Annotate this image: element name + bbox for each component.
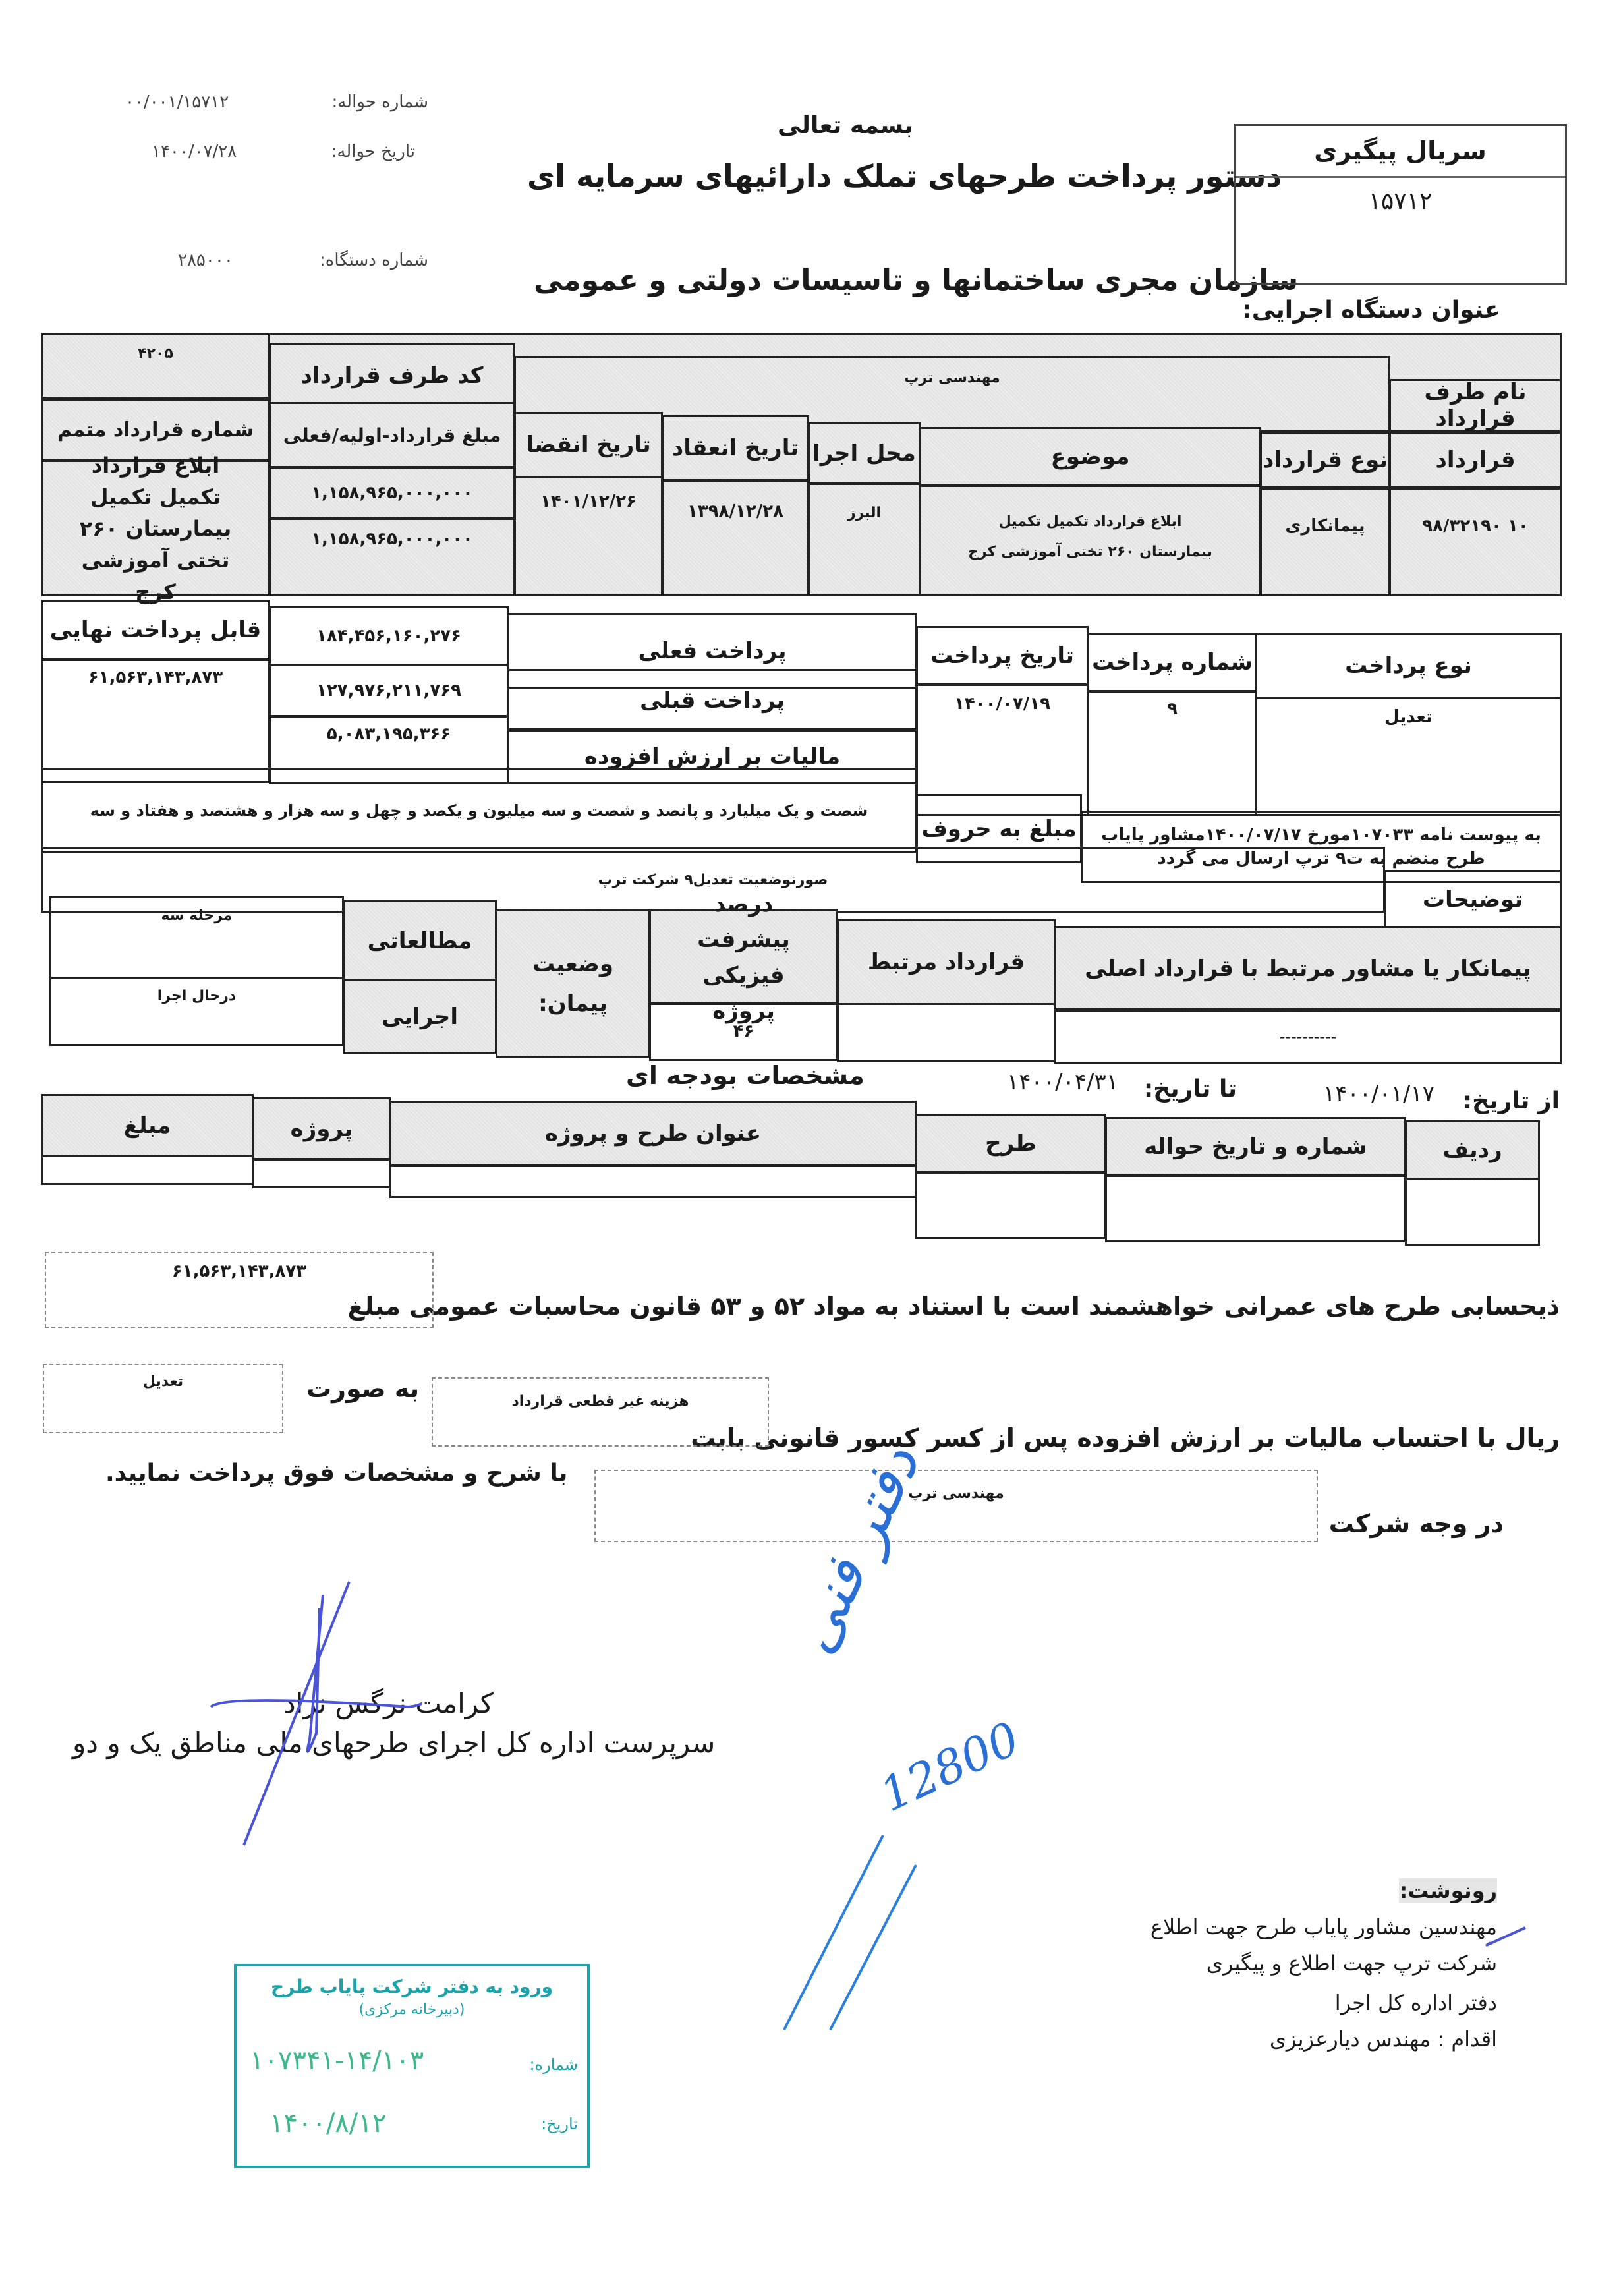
party-name-label: نام طرف قرارداد xyxy=(1389,379,1562,432)
closing-line: با شرح و مشخصات فوق پرداخت نمایید. xyxy=(105,1460,567,1487)
stamp-date-label: تاریخ: xyxy=(541,2115,578,2133)
cc-line-2: شرکت ترپ جهت اطلاع و پیگیری xyxy=(1207,1951,1497,1976)
contract-expiry-date: ۱۴۰۱/۱۲/۲۶ xyxy=(514,476,663,596)
budget-cell-plan xyxy=(915,1172,1106,1239)
reason-box: هزینه غیر قطعی قرارداد xyxy=(432,1377,769,1447)
executive-body-label: عنوان دستگاه اجرایی: xyxy=(1242,297,1500,324)
amount-in-words-value: شصت و یک میلیارد و پانصد و شصت و سه میلی… xyxy=(41,768,917,853)
handwritten-strokes-icon xyxy=(771,1832,1048,2036)
execution-phase-label: اجرایی xyxy=(343,979,497,1054)
cc-line-3: دفتر اداره کل اجرا xyxy=(1335,1990,1497,2015)
payment-number-value: ۹ xyxy=(1087,691,1257,816)
progress-value: ۴۶ xyxy=(649,1002,838,1061)
col-location: محل اجرا xyxy=(808,422,921,484)
meta-device-no: شماره دستگاه: ۲۸۵۰۰۰ xyxy=(178,250,428,283)
reason-box-value: هزینه غیر قطعی قرارداد xyxy=(433,1379,768,1410)
body-line-2: ریال با احتساب مالیات بر ارزش افزوده پس … xyxy=(691,1423,1560,1452)
stamp-date-value: ۱۴۰۰/۸/۱۲ xyxy=(270,2108,386,2138)
col-signed-date: تاریخ انعقاد xyxy=(662,415,809,481)
as-label: به صورت xyxy=(306,1374,419,1403)
meta-invoice-date: تاریخ حواله: ۱۴۰۰/۰۷/۲۸ xyxy=(125,142,415,175)
budget-table: ردیف شماره و تاریخ حواله طرح عنوان طرح و… xyxy=(41,1094,1540,1246)
handwritten-number: 12800 xyxy=(872,1711,1027,1822)
stamp-line-1: ورود به دفتر شرکت پایاب طرح xyxy=(237,1976,587,1997)
contract-signed-date: ۱۳۹۸/۱۲/۲۸ xyxy=(662,480,809,596)
execution-phase-value: درحال اجرا xyxy=(49,977,344,1046)
cc-label: رونوشت: xyxy=(1399,1878,1497,1903)
related-contract-value xyxy=(837,1003,1056,1062)
meta-label: شماره دستگاه: xyxy=(320,250,428,270)
budget-cell-project xyxy=(252,1159,391,1188)
col-subject: موضوع xyxy=(919,427,1261,486)
contract-no: ۱۰ ۹۸/۳۲۱۹۰ xyxy=(1389,488,1562,596)
related-contract-label: قرارداد مرتبط xyxy=(837,919,1056,1005)
related-contractor-label: پیمانکار یا مشاور مرتبط با قرارداد اصلی xyxy=(1054,926,1562,1012)
payment-type-value: تعدیل xyxy=(1255,697,1562,816)
study-phase-label: مطالعاتی xyxy=(343,900,497,982)
budget-col-row: ردیف xyxy=(1405,1120,1540,1180)
budget-cell-amount xyxy=(41,1155,254,1185)
in-favor-label: در وجه شرکت xyxy=(1329,1509,1504,1538)
meta-value: ۱۴۰۰/۰۷/۲۸ xyxy=(152,142,237,161)
body-line-1: ذیحسابی طرح های عمرانی خواهشمند است با ا… xyxy=(347,1292,1560,1321)
stamp-number-label: شماره: xyxy=(529,2055,578,2074)
col-contract: قرارداد xyxy=(1389,432,1562,488)
budget-title: مشخصات بودجه ای xyxy=(626,1061,865,1090)
stamp-line-2: (دبیرخانه مرکزی) xyxy=(237,2001,587,2018)
final-payable-value: ۶۱,۵۶۳,۱۴۳,۸۷۳ xyxy=(41,659,270,783)
meta-value: ۲۸۵۰۰۰ xyxy=(178,250,233,270)
as-box-value: تعدیل xyxy=(44,1365,282,1390)
budget-col-invoice: شماره و تاریخ حواله xyxy=(1105,1117,1406,1176)
budget-col-plan: طرح xyxy=(915,1114,1106,1173)
organization-name: سازمان مجری ساختمانها و تاسیسات دولتی و … xyxy=(534,264,1298,297)
budget-cell-row xyxy=(1405,1178,1540,1246)
tracking-label: سریال پیگیری xyxy=(1236,126,1565,178)
col-expiry-date: تاریخ انقضا xyxy=(514,412,663,478)
cc-line-4: اقدام : مهندس دیارعزیزی xyxy=(1270,2026,1497,2052)
description-label: توضیحات xyxy=(1384,870,1562,929)
meta-label: تاریخ حواله: xyxy=(331,142,415,161)
supplement-value: ابلاغ قرارداد تکمیل تکمیل بیمارستان ۲۶۰ … xyxy=(41,460,270,596)
previous-payment-value: ۱۲۷,۹۷۶,۲۱۱,۷۶۹ xyxy=(269,664,509,717)
previous-payment-label: پرداخت قبلی xyxy=(507,669,917,732)
budget-col-project: پروژه xyxy=(252,1097,391,1160)
budget-cell-title xyxy=(389,1165,917,1198)
cc-line-1: مهندسین مشاور پایاب طرح جهت اطلاع xyxy=(1150,1914,1497,1939)
payment-date-label: تاریخ پرداخت xyxy=(916,626,1089,685)
col-contract-type: نوع قرارداد xyxy=(1260,432,1390,488)
contract-location: البرز xyxy=(808,483,921,596)
contract-amount-initial: ۱,۱۵۸,۹۶۵,۰۰۰,۰۰۰ xyxy=(269,467,515,519)
meta-value: ۰۰/۰۰۱/۱۵۷۱۲ xyxy=(125,92,229,112)
budget-col-amount: مبلغ xyxy=(41,1094,254,1157)
tracking-serial-box: سریال پیگیری ۱۵۷۱۲ xyxy=(1234,124,1567,285)
budget-to-value: ۱۴۰۰/۰۴/۳۱ xyxy=(1007,1069,1118,1095)
party-code-value: ۴۲۰۵ xyxy=(41,333,270,399)
contract-status-label: وضعیت پیمان: xyxy=(496,909,650,1058)
signature-scribble-icon xyxy=(92,1568,422,1865)
related-contractor-value: ---------- xyxy=(1054,1008,1562,1064)
current-payment-value: ۱۸۴,۴۵۶,۱۶۰,۲۷۶ xyxy=(269,606,509,666)
checkmark-icon xyxy=(1483,1924,1529,1951)
stamp-number-value: ۱۰۷۳۴۱-۱۴/۱۰۳ xyxy=(250,2046,424,2076)
company-box: مهندسی ترپ xyxy=(594,1470,1318,1542)
receipt-stamp: ورود به دفتر شرکت پایاب طرح (دبیرخانه مر… xyxy=(234,1964,590,2168)
bismillah: بسمه تعالی xyxy=(778,112,913,139)
document-title: دستور پرداخت طرحهای تملک دارائیهای سرمای… xyxy=(527,158,1282,194)
meta-label: شماره حواله: xyxy=(331,92,428,112)
budget-cell-invoice xyxy=(1105,1175,1406,1242)
contract-subject: ابلاغ قرارداد تکمیل تکمیل بیمارستان ۲۶۰ … xyxy=(919,485,1261,596)
amount-box: ۶۱,۵۶۳,۱۴۳,۸۷۳ xyxy=(45,1252,434,1328)
budget-col-title: عنوان طرح و پروژه xyxy=(389,1101,917,1166)
progress-label: درصد پیشرفت فیزیکی پروژه xyxy=(649,909,838,1005)
tracking-value: ۱۵۷۱۲ xyxy=(1236,178,1565,224)
final-payable-label: قابل پرداخت نهایی xyxy=(41,600,270,660)
company-box-value: مهندسی ترپ xyxy=(596,1471,1317,1502)
contract-amount-current: ۱,۱۵۸,۹۶۵,۰۰۰,۰۰۰ xyxy=(269,518,515,596)
study-phase-value: مرحله سه xyxy=(49,896,344,979)
amount-box-value: ۶۱,۵۶۳,۱۴۳,۸۷۳ xyxy=(46,1253,432,1281)
party-code-label: کد طرف قرارداد xyxy=(269,343,515,409)
payment-type-label: نوع پرداخت xyxy=(1255,633,1562,699)
col-amount: مبلغ قرارداد-اولیه/فعلی xyxy=(269,402,515,468)
as-box: تعدیل xyxy=(43,1364,283,1433)
contract-type: پیمانکاری xyxy=(1260,488,1390,596)
party-name-text: مهندسی ترپ xyxy=(904,370,1000,386)
meta-invoice-no: شماره حواله: ۰۰/۰۰۱/۱۵۷۱۲ xyxy=(125,92,428,125)
payment-number-label: شماره پرداخت xyxy=(1087,633,1257,692)
